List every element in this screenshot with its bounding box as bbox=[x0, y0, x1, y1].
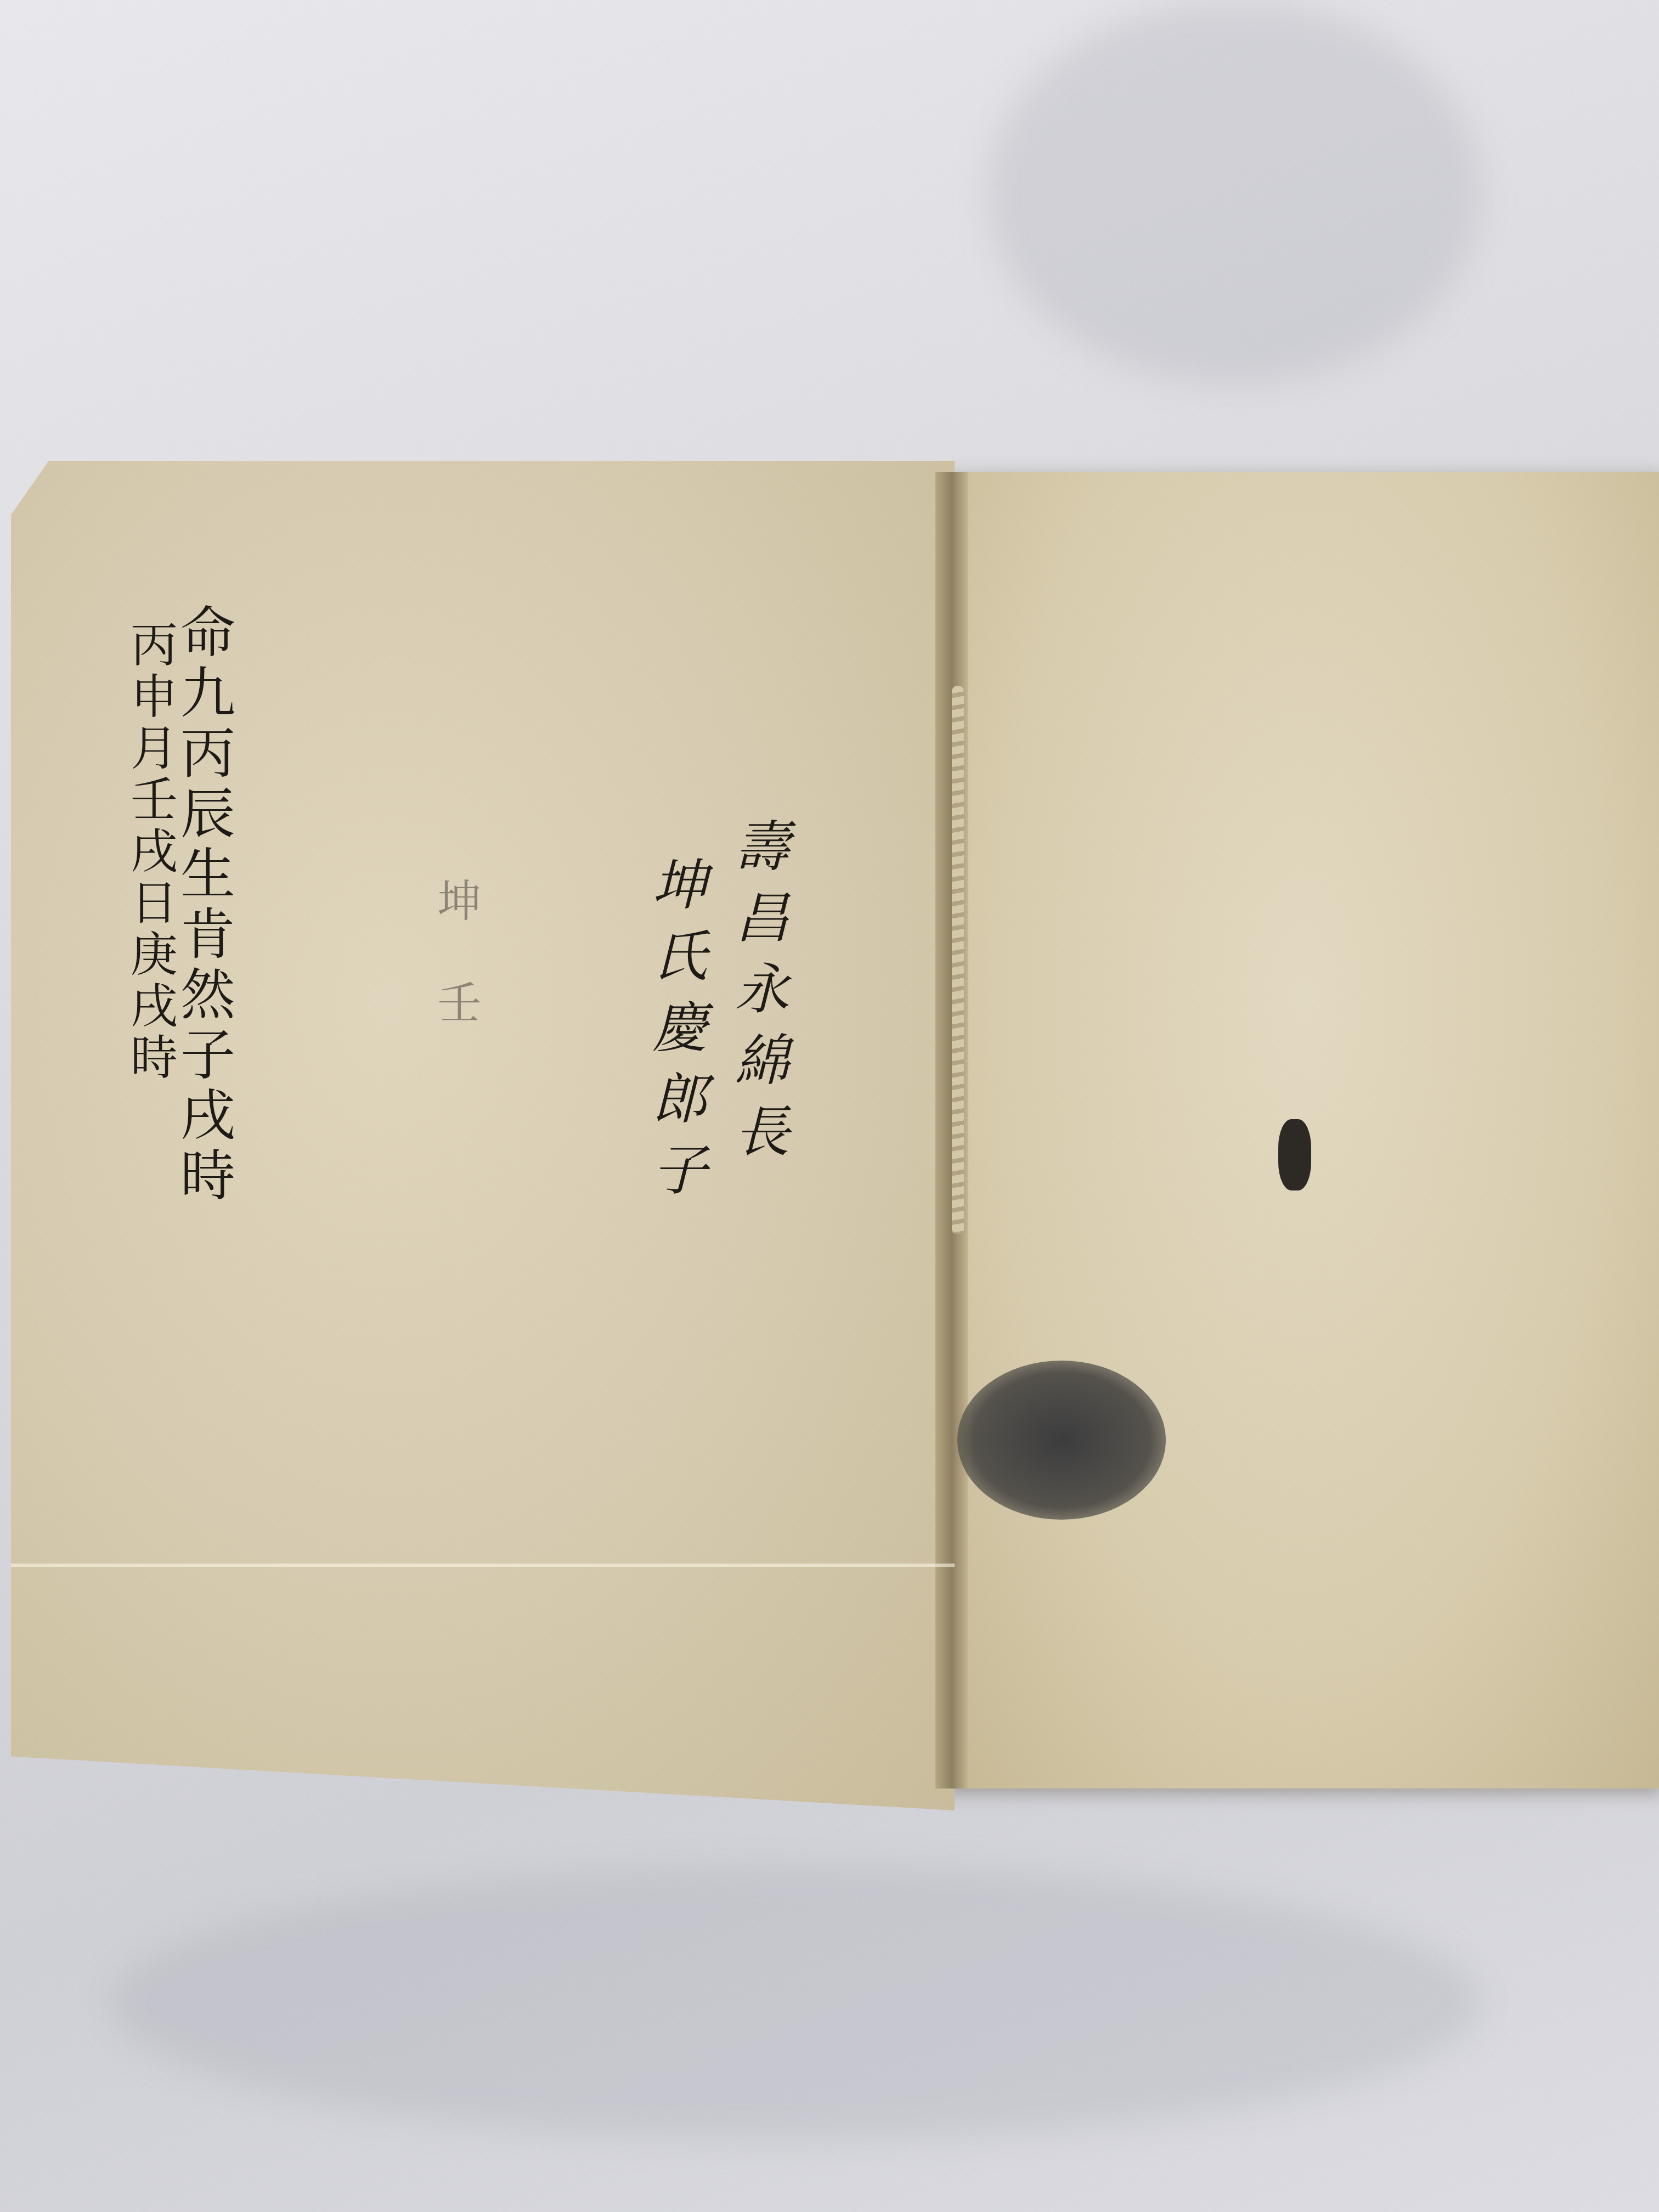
binding-cord bbox=[952, 686, 964, 1234]
ink-spot bbox=[1278, 1119, 1311, 1190]
calligraphy-column-1: 命九丙辰生肯然子戌時 bbox=[176, 603, 230, 1207]
faint-calligraphy: 坤 壬 bbox=[433, 878, 477, 1045]
calligraphy-column-3: 壽昌永綿長 bbox=[730, 817, 785, 1174]
page-crease bbox=[11, 1564, 955, 1567]
ink-stain bbox=[957, 1361, 1166, 1520]
calligraphy-column-4: 坤氏慶郎子 bbox=[647, 856, 702, 1212]
sheet-fold bbox=[988, 0, 1481, 384]
calligraphy-column-2: 丙申月壬戌日庚戌時 bbox=[126, 620, 173, 1084]
sheet-fold bbox=[110, 1865, 1481, 2140]
